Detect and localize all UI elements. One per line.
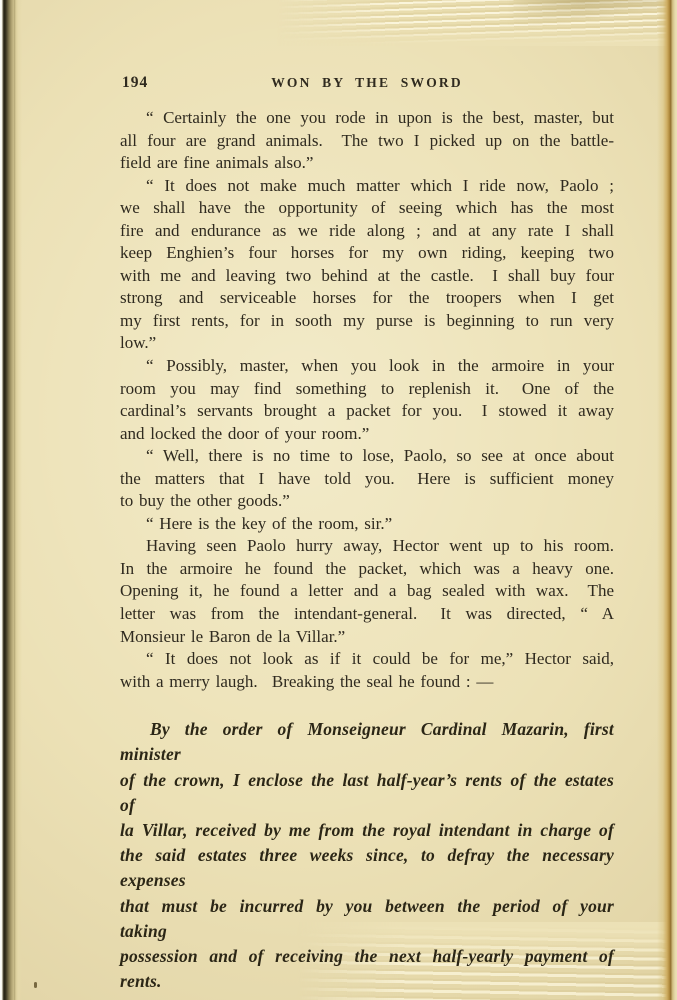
text-line: and locked the door of your room.” xyxy=(120,423,614,446)
paragraph: “ It does not make much matter which I r… xyxy=(120,175,614,355)
text-line: By the order of Monseigneur Cardinal Maz… xyxy=(120,717,614,767)
text-line: of the crown, I enclose the last half-ye… xyxy=(120,768,614,818)
text-line: we shall have the opportunity of seeing … xyxy=(120,197,614,220)
paragraph: “ Certainly the one you rode in upon is … xyxy=(120,107,614,175)
text-line: that must be incurred by you between the… xyxy=(120,894,614,944)
paragraph: Having seen Paolo hurry away, Hector wen… xyxy=(120,535,614,648)
text-line: Monsieur le Baron de la Villar.” xyxy=(120,626,614,649)
text-line: “ Certainly the one you rode in upon is … xyxy=(120,107,614,130)
text-line: keep Enghien’s four horses for my own ri… xyxy=(120,242,614,265)
text-line: “ It does not make much matter which I r… xyxy=(120,175,614,198)
scanned-book-page: 194 WON BY THE SWORD “ Certainly the one… xyxy=(0,0,677,1000)
text-line: my first rents, for in sooth my purse is… xyxy=(120,310,614,333)
running-title: WON BY THE SWORD xyxy=(271,75,463,91)
text-line: field are fine animals also.” xyxy=(120,152,614,175)
text-line: “ Well, there is no time to lose, Paolo,… xyxy=(120,445,614,468)
text-line: cardinal’s servants brought a packet for… xyxy=(120,400,614,423)
text-line: the said estates three weeks since, to d… xyxy=(120,843,614,893)
text-line: the matters that I have told you. Here i… xyxy=(120,468,614,491)
body-paragraphs: “ Certainly the one you rode in upon is … xyxy=(120,107,614,693)
text-line: possession and of receiving the next hal… xyxy=(120,944,614,994)
text-line: to buy the other goods.” xyxy=(120,490,614,513)
text-line: Opening it, he found a letter and a bag … xyxy=(120,580,614,603)
letter-block: By the order of Monseigneur Cardinal Maz… xyxy=(120,717,614,994)
printed-page-content: 194 WON BY THE SWORD “ Certainly the one… xyxy=(120,74,614,994)
paragraph: “ Well, there is no time to lose, Paolo,… xyxy=(120,445,614,513)
paragraph: “ Here is the key of the room, sir.” xyxy=(120,513,614,536)
page-header: 194 WON BY THE SWORD xyxy=(120,74,614,94)
page-edge-right xyxy=(657,0,677,1000)
text-line: room you may find something to replenish… xyxy=(120,378,614,401)
text-line: “ Here is the key of the room, sir.” xyxy=(120,513,614,536)
paragraph: “ It does not look as if it could be for… xyxy=(120,648,614,693)
text-line: low.” xyxy=(120,332,614,355)
text-line: “ It does not look as if it could be for… xyxy=(120,648,614,671)
text-line: In the armoire he found the packet, whic… xyxy=(120,558,614,581)
paragraph: “ Possibly, master, when you look in the… xyxy=(120,355,614,445)
text-line: strong and serviceable horses for the tr… xyxy=(120,287,614,310)
text-line: fire and endurance as we ride along ; an… xyxy=(120,220,614,243)
text-line: “ Possibly, master, when you look in the… xyxy=(120,355,614,378)
page-number: 194 xyxy=(122,74,148,92)
text-line: with a merry laugh. Breaking the seal he… xyxy=(120,671,614,694)
book-spine-edge xyxy=(0,0,22,1000)
text-line: la Villar, received by me from the royal… xyxy=(120,818,614,843)
page-corner-shadow xyxy=(507,0,677,30)
ink-speck xyxy=(34,982,37,988)
gutter-crease xyxy=(14,0,16,1000)
text-line: all four are grand animals. The two I pi… xyxy=(120,130,614,153)
paragraph: By the order of Monseigneur Cardinal Maz… xyxy=(120,717,614,994)
text-line: letter was from the intendant-general. I… xyxy=(120,603,614,626)
text-line: Having seen Paolo hurry away, Hector wen… xyxy=(120,535,614,558)
text-line: with me and leaving two behind at the ca… xyxy=(120,265,614,288)
